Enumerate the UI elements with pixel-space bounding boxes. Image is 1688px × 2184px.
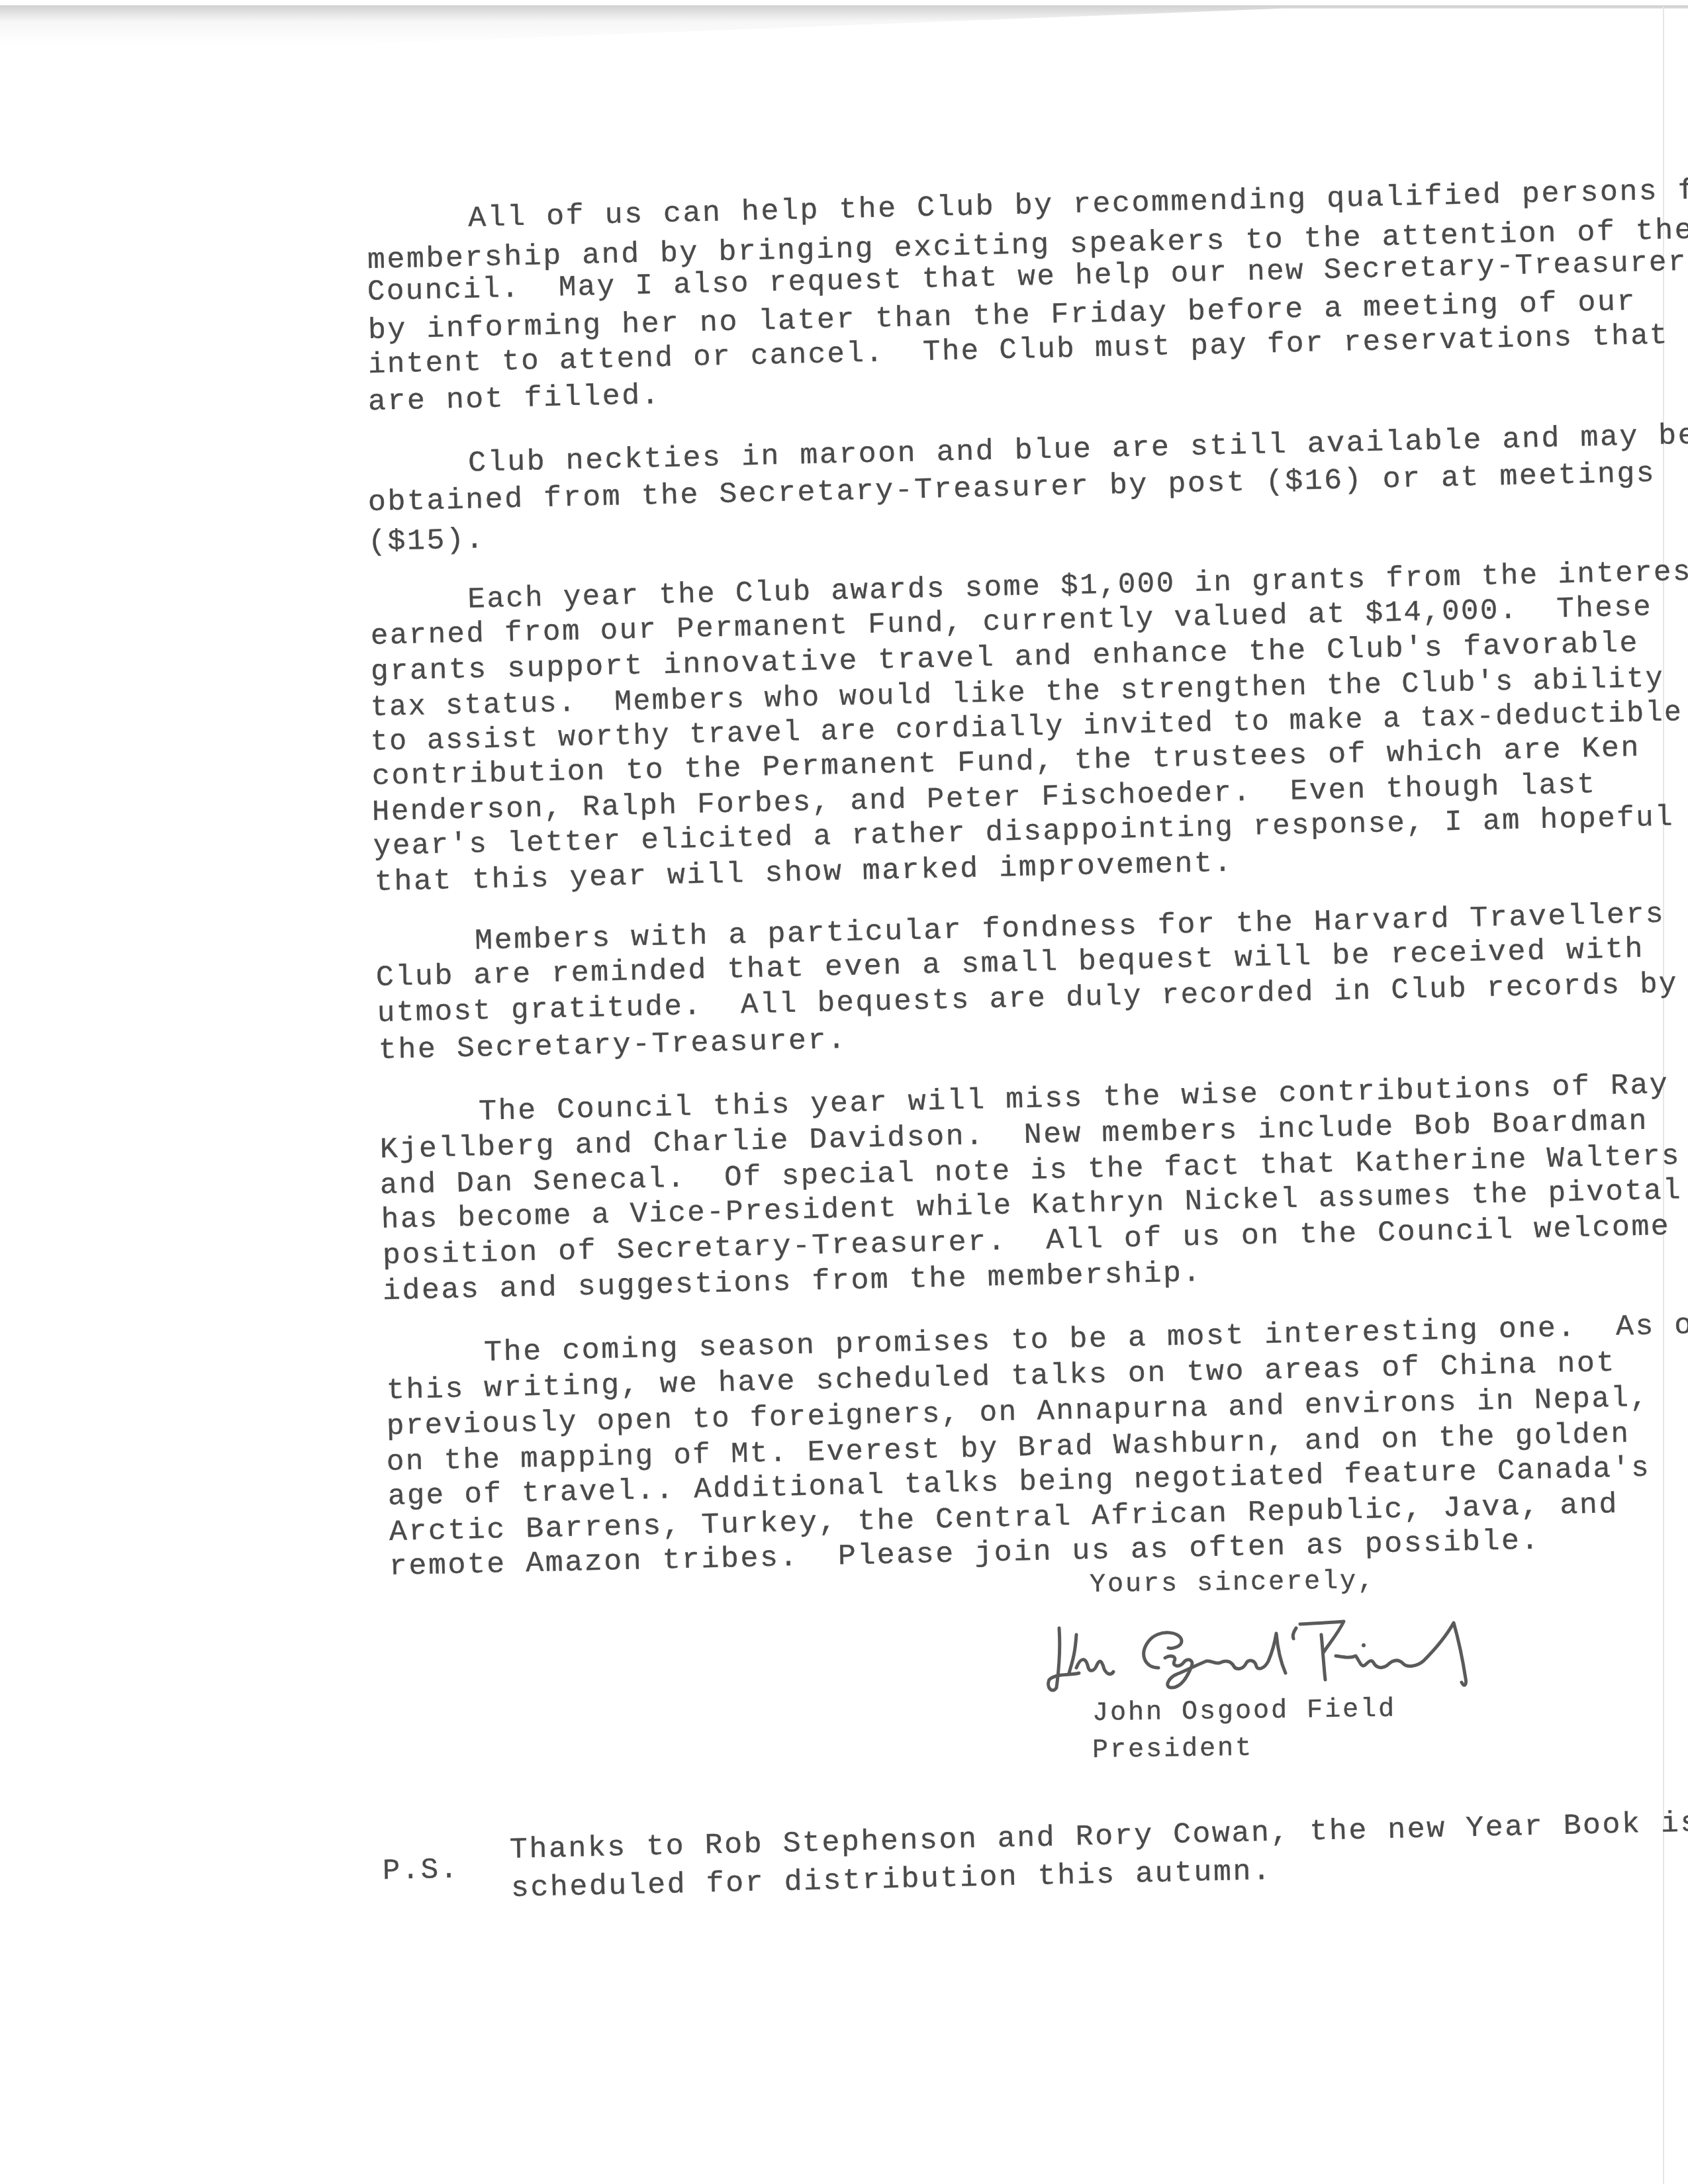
signer-title: President bbox=[1092, 1736, 1254, 1764]
letter-page: All of us can help the Club by recommend… bbox=[0, 0, 1688, 2184]
text-line: Thanks to Rob Stephenson and Rory Cowan,… bbox=[510, 1809, 1688, 1865]
text-line: the Secretary-Treasurer. bbox=[379, 1026, 847, 1066]
postscript-label: P.S. bbox=[383, 1855, 460, 1886]
signer-name: John Osgood Field bbox=[1092, 1697, 1397, 1727]
text-line: are not filled. bbox=[368, 381, 661, 417]
text-line: ($15). bbox=[368, 525, 486, 557]
handwritten-signature-icon bbox=[1033, 1595, 1509, 1701]
